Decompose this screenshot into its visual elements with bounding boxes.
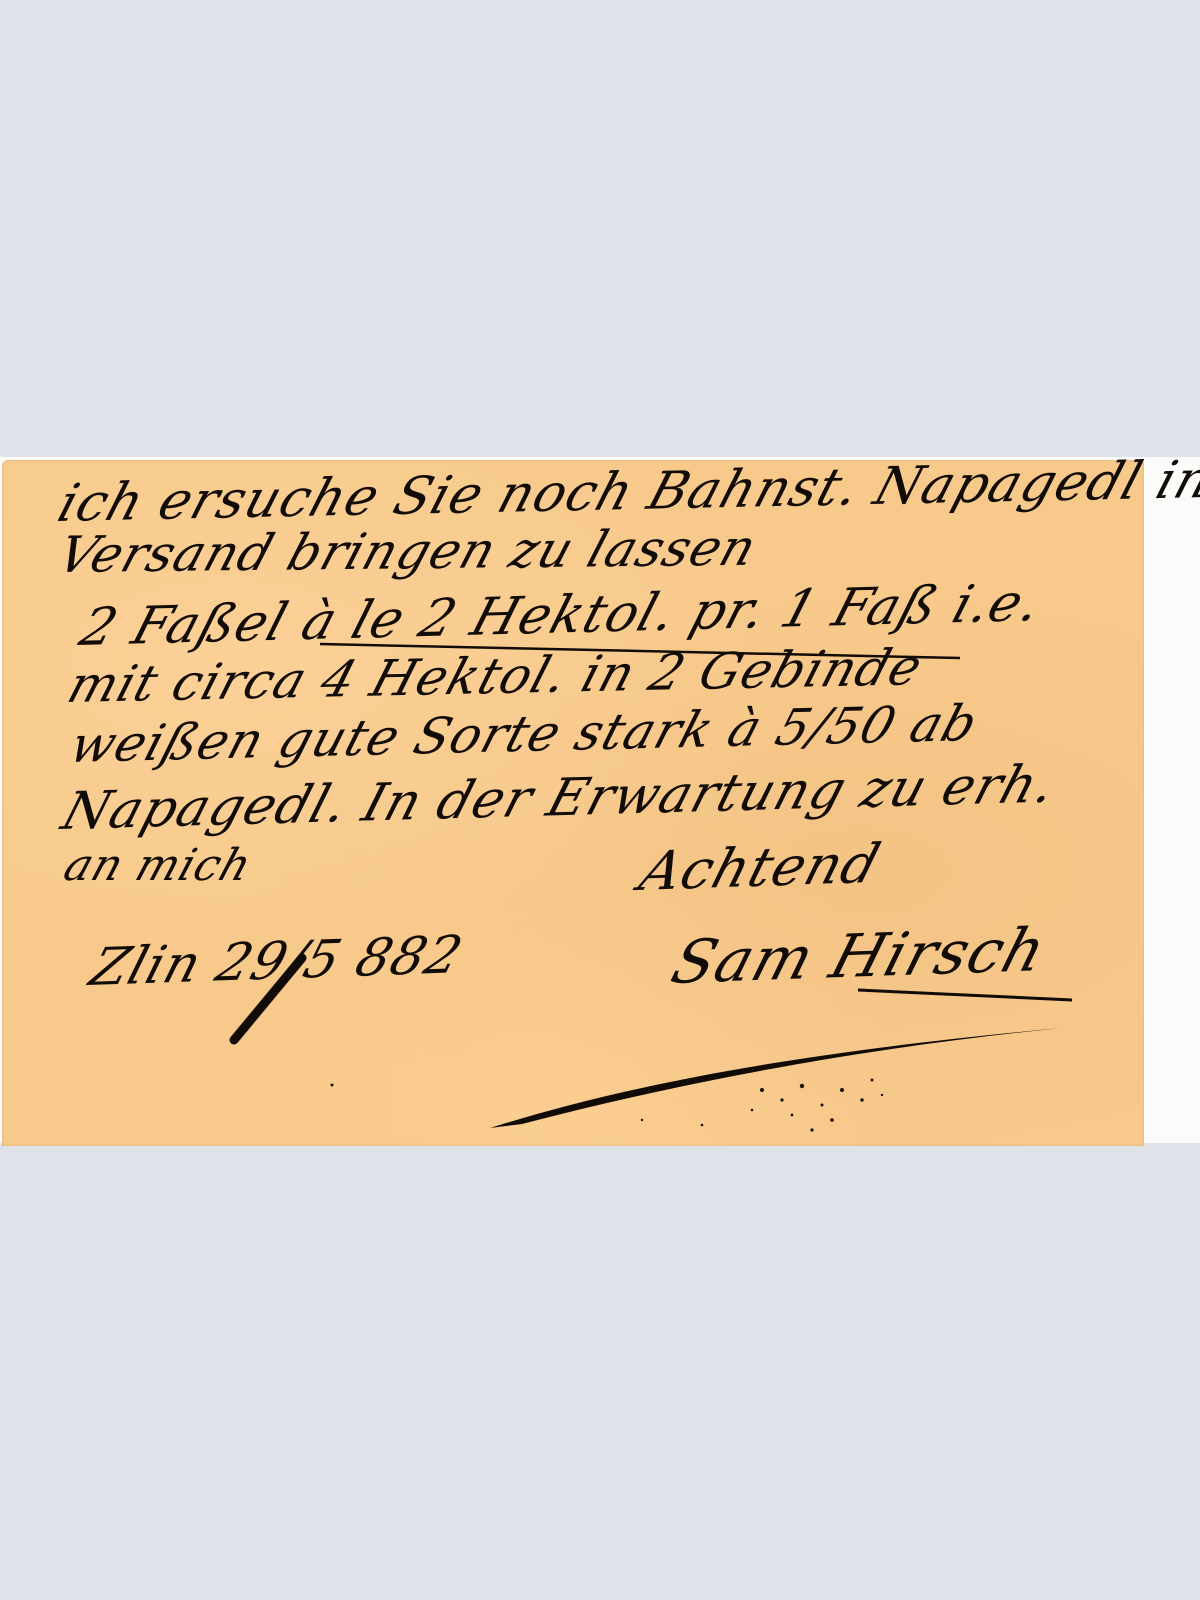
signature-flourish (490, 1028, 1062, 1128)
signature-underline (858, 990, 1072, 1000)
scanned-postcard-image: ich ersuche Sie noch Bahnst. Napagedl in… (0, 457, 1200, 1143)
postcard: ich ersuche Sie noch Bahnst. Napagedl in… (2, 460, 1144, 1146)
ink-spatter (331, 1079, 884, 1132)
closing-text: Achtend (633, 832, 888, 903)
place-date: Zlin 29/5 882 (83, 925, 469, 998)
text-line-2: Versand bringen zu lassen (51, 519, 764, 584)
signature: Sam Hirsch (664, 915, 1054, 998)
text-line-7: an mich (58, 840, 259, 891)
